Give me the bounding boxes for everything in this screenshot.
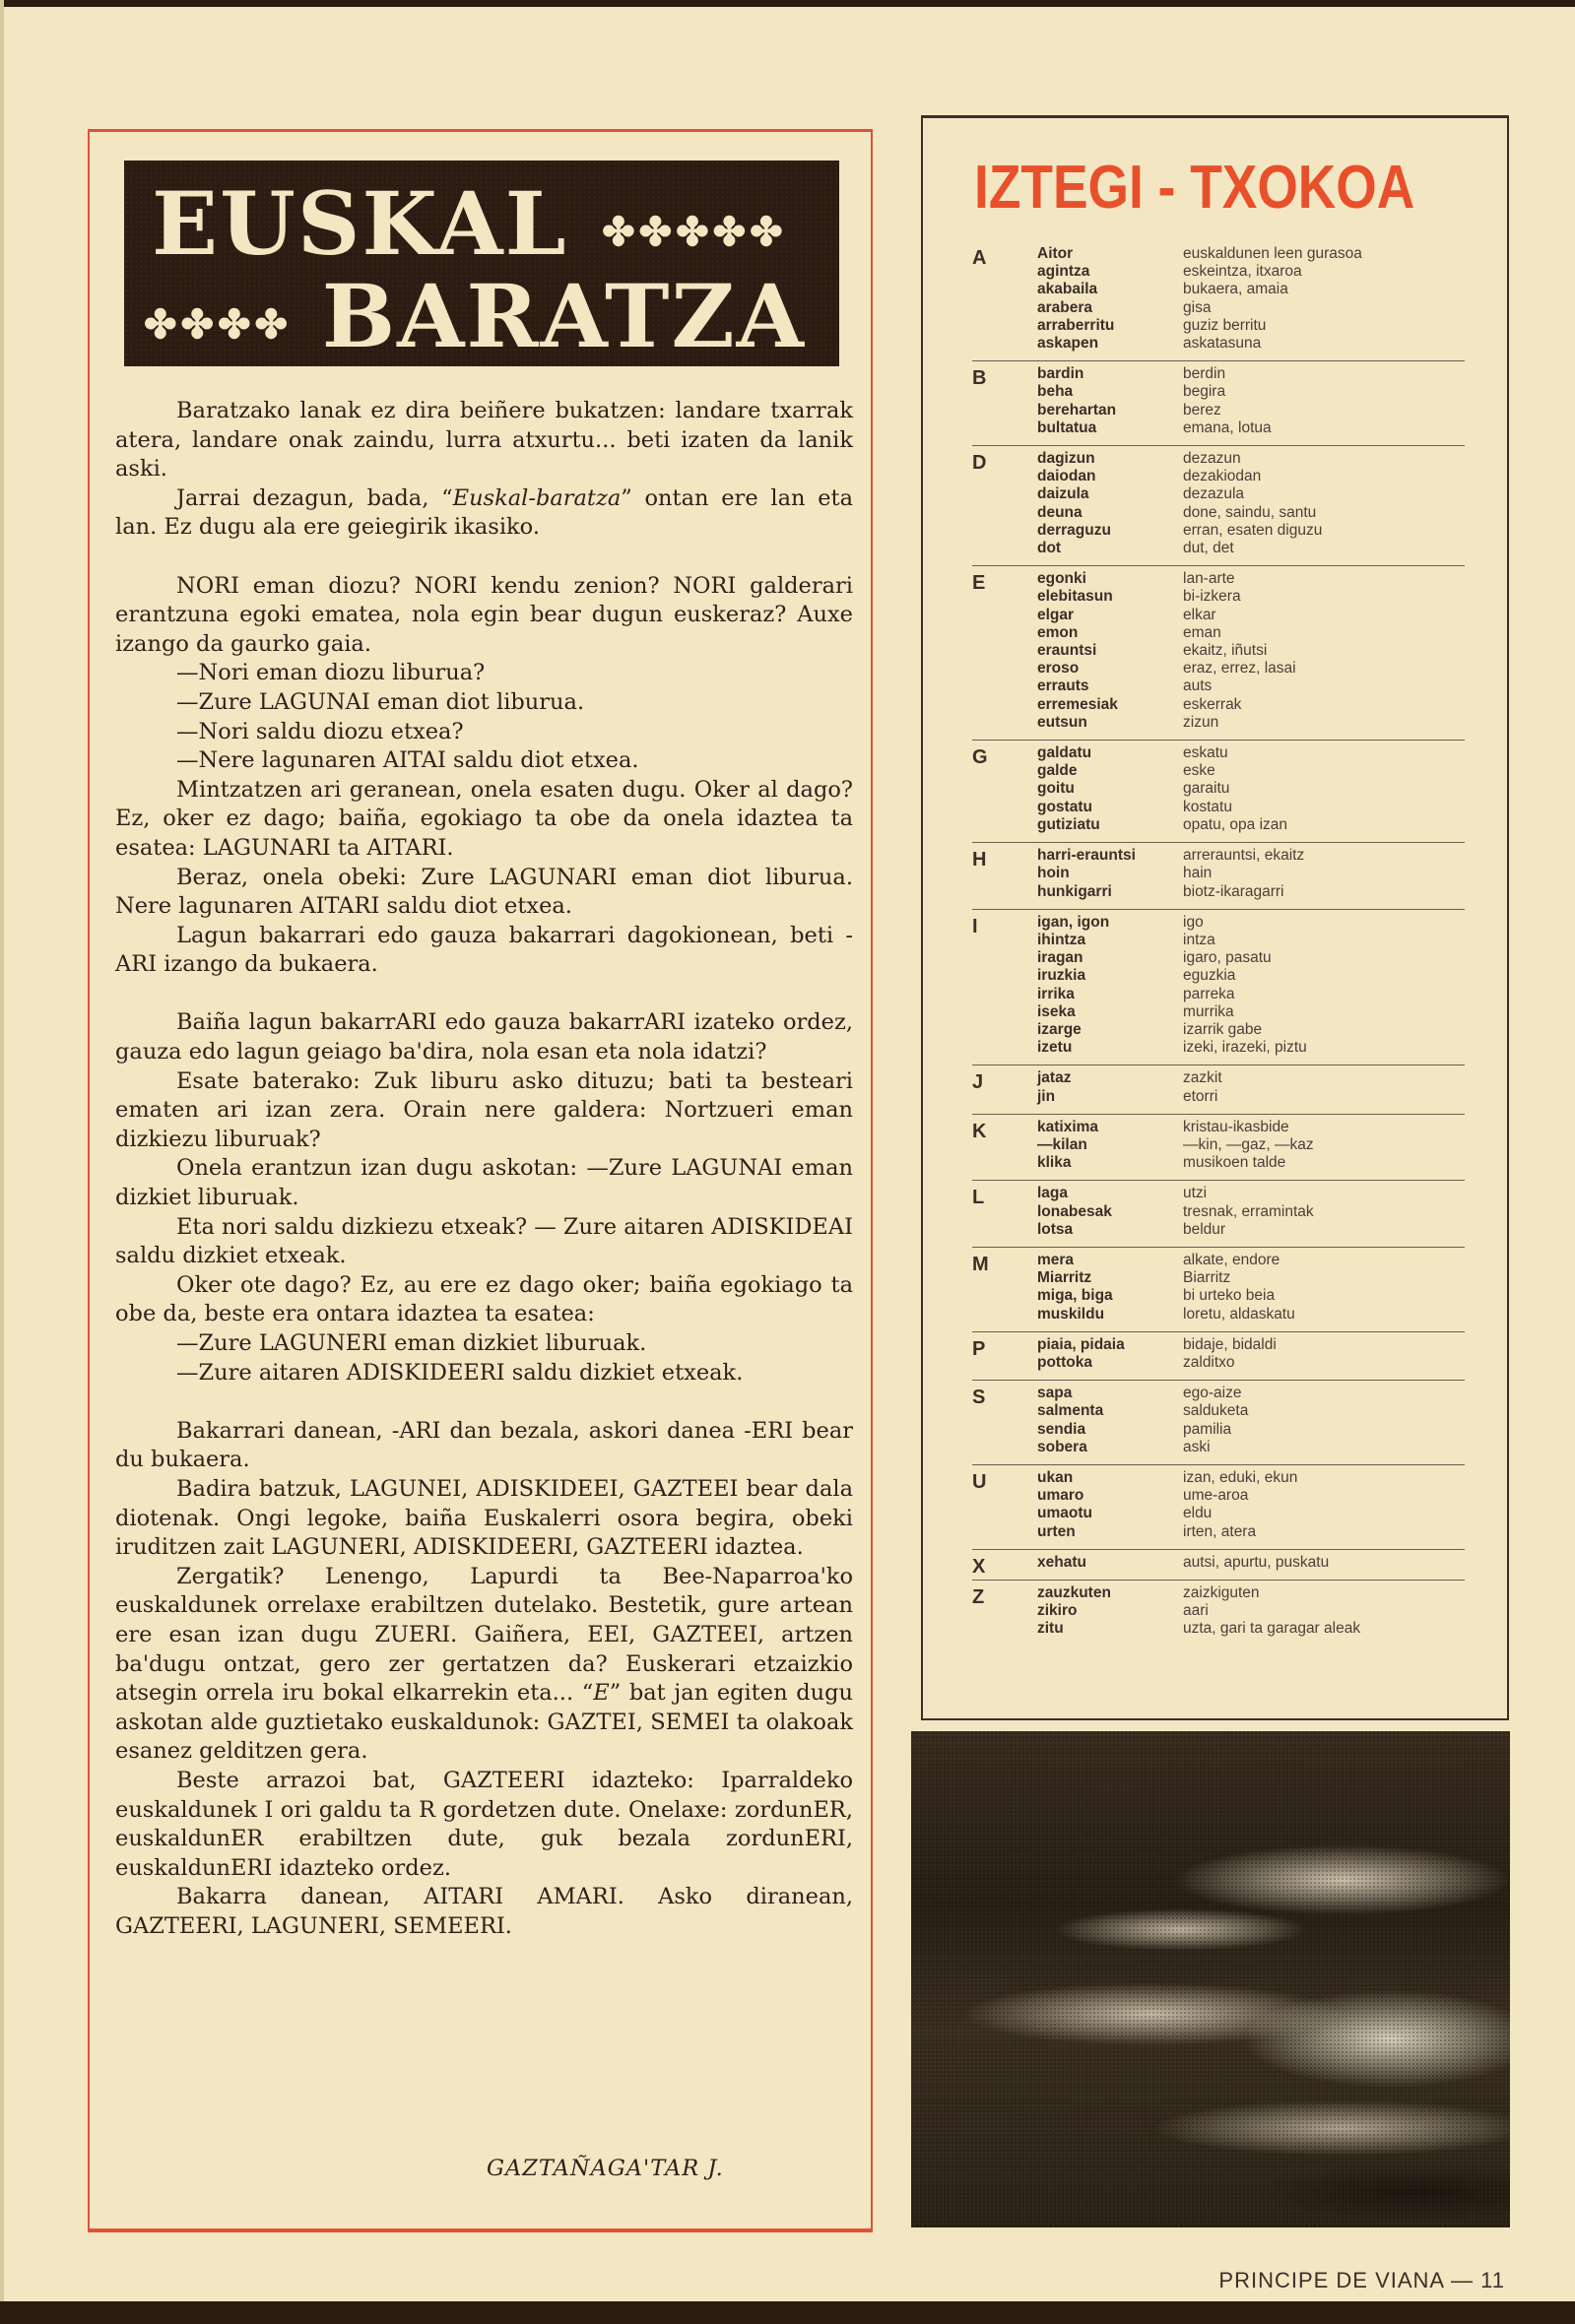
glossary-entry: agintzaeskeintza, itxaroa <box>972 263 1465 281</box>
glossary-entry: harri-erauntsiarrerauntsi, ekaitz <box>972 847 1465 865</box>
article-paragraph: Lagun bakarrari edo gauza bakarrari dago… <box>115 922 853 980</box>
glossary-definition: kostatu <box>1183 799 1232 816</box>
glossary-section-s: Ssapaego-aizesalmentasalduketasendiapami… <box>972 1381 1465 1465</box>
glossary-term: daizula <box>1037 485 1183 503</box>
lauburu-icon: ✤ <box>713 209 747 255</box>
glossary-letter: D <box>972 452 986 475</box>
glossary-box: IZTEGI - TXOKOA AAitoreuskaldunen leen g… <box>921 115 1509 1720</box>
glossary-entry: iraganigaro, pasatu <box>972 949 1465 967</box>
article-paragraph: —Zure aitaren ADISKIDEERI saldu dizkiet … <box>115 1359 853 1388</box>
glossary-letter: H <box>972 849 986 871</box>
glossary-entry: igan, igonigo <box>972 914 1465 932</box>
glossary-entry: katiximakristau-ikasbide <box>972 1119 1465 1136</box>
article-body: Baratzako lanak ez dira beiñere bukatzen… <box>115 397 853 1941</box>
glossary-entry: zituuzta, gari ta garagar aleak <box>972 1620 1465 1638</box>
glossary-term: lotsa <box>1037 1221 1183 1239</box>
glossary-entry: lotsabeldur <box>972 1221 1465 1239</box>
glossary-term: zikiro <box>1037 1602 1183 1620</box>
glossary-entry: erremesiakeskerrak <box>972 696 1465 714</box>
glossary-term: dot <box>1037 540 1183 557</box>
glossary-entry: zauzkutenzaizkiguten <box>972 1584 1465 1602</box>
glossary-definition: emana, lotua <box>1183 420 1272 437</box>
glossary-definition: utzi <box>1183 1185 1207 1202</box>
glossary-term: errauts <box>1037 678 1183 695</box>
glossary-entry: erosoeraz, errez, lasai <box>972 660 1465 678</box>
glossary-definition: alkate, endore <box>1183 1252 1280 1269</box>
glossary-entry: hoinhain <box>972 865 1465 882</box>
glossary-term: iragan <box>1037 949 1183 967</box>
glossary-section-d: Ddagizundezazundaiodandezakiodandaizulad… <box>972 446 1465 566</box>
glossary-term: mera <box>1037 1252 1183 1269</box>
glossary-term: harri-erauntsi <box>1037 847 1183 865</box>
glossary-definition: begira <box>1183 383 1225 401</box>
glossary-term: muskildu <box>1037 1306 1183 1323</box>
glossary-entry: meraalkate, endore <box>972 1252 1465 1269</box>
glossary-entry: piaia, pidaiabidaje, bidaldi <box>972 1336 1465 1354</box>
glossary-term: xehatu <box>1037 1554 1183 1572</box>
glossary-definition: loretu, aldaskatu <box>1183 1306 1295 1323</box>
lauburu-icon: ✤ <box>144 301 177 348</box>
glossary-definition: elkar <box>1183 607 1216 624</box>
glossary-definition: dezazula <box>1183 485 1244 503</box>
article-paragraph: Esate baterako: Zuk liburu asko dituzu; … <box>115 1067 853 1155</box>
glossary-term: dagizun <box>1037 450 1183 468</box>
glossary-term: sendia <box>1037 1421 1183 1439</box>
glossary-term: arraberritu <box>1037 317 1183 335</box>
glossary-section-e: Eegonkilan-arteelebitasunbi-izkeraelgare… <box>972 566 1465 741</box>
glossary-entry: elgarelkar <box>972 607 1465 624</box>
glossary-entry: jatazzazkit <box>972 1069 1465 1087</box>
glossary-section-u: Uukanizan, eduki, ekunumaroume-aroaumaot… <box>972 1465 1465 1550</box>
glossary-section-j: Jjatazzazkitjinetorri <box>972 1065 1465 1114</box>
glossary-letter: J <box>972 1071 983 1094</box>
glossary-definition: aski <box>1183 1439 1211 1456</box>
glossary-entry: MiarritzBiarritz <box>972 1269 1465 1287</box>
glossary-definition: zazkit <box>1183 1069 1222 1087</box>
italic-term: Euskal-baratza <box>453 485 622 511</box>
glossary-list: AAitoreuskaldunen leen gurasoaagintzaesk… <box>972 241 1465 1646</box>
glossary-definition: irten, atera <box>1183 1523 1256 1541</box>
glossary-term: berehartan <box>1037 402 1183 420</box>
glossary-letter: P <box>972 1338 985 1361</box>
glossary-term: zauzkuten <box>1037 1584 1183 1602</box>
lauburu-icon: ✤ <box>676 209 709 255</box>
glossary-entry: salmentasalduketa <box>972 1402 1465 1420</box>
glossary-definition: bidaje, bidaldi <box>1183 1336 1277 1354</box>
glossary-entry: irrikaparreka <box>972 986 1465 1003</box>
glossary-term: egonki <box>1037 570 1183 588</box>
glossary-letter: B <box>972 367 986 390</box>
glossary-letter: E <box>972 572 985 595</box>
glossary-term: urten <box>1037 1523 1183 1541</box>
article-paragraph: —Zure LAGUNERI eman dizkiet liburuak. <box>115 1329 853 1359</box>
glossary-term: eroso <box>1037 660 1183 678</box>
glossary-section-k: Kkatiximakristau-ikasbide—kilan—kin, —ga… <box>972 1115 1465 1182</box>
glossary-term: laga <box>1037 1185 1183 1202</box>
glossary-definition: lan-arte <box>1183 570 1235 588</box>
lauburu-icon: ✤ <box>750 209 783 255</box>
glossary-definition: izan, eduki, ekun <box>1183 1469 1297 1487</box>
glossary-definition: ekaitz, iñutsi <box>1183 642 1267 660</box>
glossary-term: iruzkia <box>1037 967 1183 985</box>
glossary-term: gostatu <box>1037 799 1183 816</box>
glossary-term: derraguzu <box>1037 522 1183 540</box>
glossary-definition: eguzkia <box>1183 967 1235 985</box>
glossary-definition: guziz berritu <box>1183 317 1266 335</box>
glossary-entry: iruzkiaeguzkia <box>972 967 1465 985</box>
glossary-definition: parreka <box>1183 986 1235 1003</box>
glossary-definition: igaro, pasatu <box>1183 949 1272 967</box>
glossary-term: arabera <box>1037 299 1183 317</box>
glossary-entry: ihintzaintza <box>972 932 1465 949</box>
glossary-definition: uzta, gari ta garagar aleak <box>1183 1620 1360 1638</box>
article-paragraph: Baiña lagun bakarrARI edo gauza bakarrAR… <box>115 1008 853 1066</box>
glossary-definition: bi urteko beia <box>1183 1287 1275 1305</box>
glossary-entry: askapenaskatasuna <box>972 335 1465 353</box>
glossary-term: emon <box>1037 624 1183 642</box>
glossary-entry: dagizundezazun <box>972 450 1465 468</box>
glossary-definition: beldur <box>1183 1221 1225 1239</box>
glossary-term: eutsun <box>1037 714 1183 732</box>
glossary-term: hoin <box>1037 865 1183 882</box>
glossary-term: Aitor <box>1037 245 1183 263</box>
glossary-definition: bi-izkera <box>1183 588 1241 606</box>
glossary-entry: daizuladezazula <box>972 485 1465 503</box>
glossary-term: lonabesak <box>1037 1203 1183 1221</box>
glossary-entry: umaotueldu <box>972 1505 1465 1522</box>
glossary-term: —kilan <box>1037 1136 1183 1154</box>
glossary-section-l: Llagautzilonabesaktresnak, erramintaklot… <box>972 1181 1465 1248</box>
glossary-term: beha <box>1037 383 1183 401</box>
glossary-definition: murrika <box>1183 1003 1234 1021</box>
glossary-section-i: Iigan, igonigoihintzaintzairaganigaro, p… <box>972 910 1465 1066</box>
glossary-definition: erran, esaten diguzu <box>1183 522 1322 540</box>
lauburu-icon: ✤ <box>181 301 215 348</box>
glossary-term: umaro <box>1037 1487 1183 1505</box>
lauburu-icon-group: ✤✤✤✤✤ <box>600 172 785 275</box>
glossary-entry: galdatueskatu <box>972 744 1465 762</box>
glossary-entry: galdeeske <box>972 762 1465 780</box>
glossary-term: bultatua <box>1037 420 1183 437</box>
glossary-definition: arrerauntsi, ekaitz <box>1183 847 1304 865</box>
glossary-entry: akabailabukaera, amaia <box>972 281 1465 298</box>
glossary-definition: auts <box>1183 678 1212 695</box>
article-paragraph: —Nere lagunaren AITAI saldu diot etxea. <box>115 746 853 776</box>
cloudy-sky-photo <box>911 1731 1510 2227</box>
glossary-entry: errautsauts <box>972 678 1465 695</box>
glossary-term: erremesiak <box>1037 696 1183 714</box>
glossary-definition: opatu, opa izan <box>1183 816 1287 834</box>
glossary-entry: derraguzuerran, esaten diguzu <box>972 522 1465 540</box>
article-paragraph: Jarrai dezagun, bada, “Euskal-baratza” o… <box>115 484 853 543</box>
glossary-letter: S <box>972 1387 985 1409</box>
glossary-term: jin <box>1037 1088 1183 1106</box>
glossary-term: akabaila <box>1037 281 1183 298</box>
glossary-entry: jinetorri <box>972 1088 1465 1106</box>
glossary-term: elgar <box>1037 607 1183 624</box>
glossary-definition: ume-aroa <box>1183 1487 1248 1505</box>
glossary-definition: tresnak, erramintak <box>1183 1203 1314 1221</box>
glossary-title: IZTEGI - TXOKOA <box>974 153 1398 223</box>
glossary-definition: musikoen talde <box>1183 1154 1285 1172</box>
glossary-definition: pamilia <box>1183 1421 1231 1439</box>
glossary-entry: klikamusikoen talde <box>972 1154 1465 1172</box>
glossary-entry: araberagisa <box>972 299 1465 317</box>
italic-term: E <box>593 1680 609 1706</box>
glossary-term: daiodan <box>1037 468 1183 485</box>
glossary-entry: lagautzi <box>972 1185 1465 1202</box>
article-paragraph: Mintzatzen ari geranean, onela esaten du… <box>115 776 853 864</box>
glossary-letter: I <box>972 916 978 938</box>
glossary-entry: soberaaski <box>972 1439 1465 1456</box>
glossary-term: irrika <box>1037 986 1183 1003</box>
glossary-entry: zikiroaari <box>972 1602 1465 1620</box>
glossary-term: bardin <box>1037 365 1183 383</box>
glossary-term: sapa <box>1037 1385 1183 1402</box>
glossary-term: piaia, pidaia <box>1037 1336 1183 1354</box>
glossary-entry: emoneman <box>972 624 1465 642</box>
glossary-term: galdatu <box>1037 744 1183 762</box>
glossary-letter: X <box>972 1556 985 1579</box>
glossary-definition: hain <box>1183 865 1212 882</box>
glossary-definition: biotz-ikaragarri <box>1183 883 1284 901</box>
lauburu-icon: ✤ <box>639 209 673 255</box>
glossary-entry: gostatukostatu <box>972 799 1465 816</box>
glossary-definition: zizun <box>1183 714 1218 732</box>
glossary-definition: dezazun <box>1183 450 1241 468</box>
glossary-entry: daiodandezakiodan <box>972 468 1465 485</box>
glossary-entry: ukanizan, eduki, ekun <box>972 1469 1465 1487</box>
glossary-term: klika <box>1037 1154 1183 1172</box>
glossary-term: Miarritz <box>1037 1269 1183 1287</box>
glossary-definition: eldu <box>1183 1505 1212 1522</box>
glossary-definition: garaitu <box>1183 780 1229 798</box>
glossary-term: pottoka <box>1037 1354 1183 1372</box>
glossary-entry: egonkilan-arte <box>972 570 1465 588</box>
article-paragraph: Badira batzuk, LAGUNEI, ADISKIDEEI, GAZT… <box>115 1475 853 1563</box>
glossary-definition: berdin <box>1183 365 1225 383</box>
glossary-term: izarge <box>1037 1021 1183 1039</box>
article-paragraph: —Nori saldu diozu etxea? <box>115 718 853 747</box>
glossary-entry: sapaego-aize <box>972 1385 1465 1402</box>
page-number: 11 <box>1480 2268 1505 2292</box>
article-paragraph: Beste arrazoi bat, GAZTEERI idazteko: Ip… <box>115 1767 853 1883</box>
glossary-entry: muskilduloretu, aldaskatu <box>972 1306 1465 1323</box>
lauburu-icon: ✤ <box>255 301 289 348</box>
glossary-entry: bultatuaemana, lotua <box>972 420 1465 437</box>
glossary-entry: elebitasunbi-izkera <box>972 588 1465 606</box>
article-paragraph: Eta nori saldu dizkiezu etxeak? — Zure a… <box>115 1213 853 1271</box>
glossary-term: salmenta <box>1037 1402 1183 1420</box>
glossary-entry: deunadone, saindu, santu <box>972 504 1465 522</box>
glossary-entry: berehartanberez <box>972 402 1465 420</box>
glossary-definition: izeki, irazeki, piztu <box>1183 1039 1307 1057</box>
page-left-edge <box>0 0 4 2324</box>
glossary-entry: erauntsiekaitz, iñutsi <box>972 642 1465 660</box>
glossary-definition: dut, det <box>1183 540 1234 557</box>
article-paragraph: Bakarrari danean, -ARI dan bezala, askor… <box>115 1417 853 1475</box>
glossary-entry: behabegira <box>972 383 1465 401</box>
glossary-entry: lonabesaktresnak, erramintak <box>972 1203 1465 1221</box>
glossary-definition: salduketa <box>1183 1402 1248 1420</box>
glossary-letter: A <box>972 247 986 270</box>
glossary-entry: sendiapamilia <box>972 1421 1465 1439</box>
glossary-definition: eskatu <box>1183 744 1228 762</box>
glossary-definition: askatasuna <box>1183 335 1261 353</box>
glossary-section-a: AAitoreuskaldunen leen gurasoaagintzaesk… <box>972 241 1465 361</box>
glossary-term: sobera <box>1037 1439 1183 1456</box>
glossary-section-b: Bbardinberdinbehabegiraberehartanberezbu… <box>972 361 1465 446</box>
glossary-entry: xehatuautsi, apurtu, puskatu <box>972 1554 1465 1572</box>
glossary-section-g: Ggaldatueskatugaldeeskegoitugaraitugosta… <box>972 741 1465 843</box>
glossary-definition: eske <box>1183 762 1215 780</box>
glossary-section-h: Hharri-erauntsiarrerauntsi, ekaitzhoinha… <box>972 843 1465 910</box>
glossary-term: jataz <box>1037 1069 1183 1087</box>
glossary-definition: Biarritz <box>1183 1269 1230 1287</box>
article-paragraph: NORI eman diozu? NORI kendu zenion? NORI… <box>115 572 853 660</box>
glossary-definition: izarrik gabe <box>1183 1021 1262 1039</box>
glossary-entry: izargeizarrik gabe <box>972 1021 1465 1039</box>
glossary-definition: ego-aize <box>1183 1385 1241 1402</box>
glossary-definition: done, saindu, santu <box>1183 504 1316 522</box>
banner-word-baratza: BARATZA <box>322 265 806 367</box>
article-paragraph: Baratzako lanak ez dira beiñere bukatzen… <box>115 397 853 484</box>
glossary-definition: dezakiodan <box>1183 468 1261 485</box>
glossary-definition: igo <box>1183 914 1204 932</box>
glossary-definition: gisa <box>1183 299 1211 317</box>
glossary-entry: izetuizeki, irazeki, piztu <box>972 1039 1465 1057</box>
article-paragraph: Zergatik? Lenengo, Lapurdi ta Bee-Naparr… <box>115 1563 853 1767</box>
glossary-term: galde <box>1037 762 1183 780</box>
glossary-term: ihintza <box>1037 932 1183 949</box>
glossary-definition: berez <box>1183 402 1221 420</box>
page-footer: PRINCIPE DE VIANA — 11 <box>1218 2268 1505 2293</box>
glossary-entry: gutiziatuopatu, opa izan <box>972 816 1465 834</box>
glossary-term: igan, igon <box>1037 914 1183 932</box>
glossary-entry: urtenirten, atera <box>972 1523 1465 1541</box>
glossary-term: izetu <box>1037 1039 1183 1057</box>
glossary-definition: aari <box>1183 1602 1209 1620</box>
glossary-definition: —kin, —gaz, —kaz <box>1183 1136 1314 1154</box>
glossary-term: agintza <box>1037 263 1183 281</box>
glossary-entry: isekamurrika <box>972 1003 1465 1021</box>
glossary-entry: hunkigarribiotz-ikaragarri <box>972 883 1465 901</box>
glossary-entry: umaroume-aroa <box>972 1487 1465 1505</box>
glossary-term: deuna <box>1037 504 1183 522</box>
glossary-term: erauntsi <box>1037 642 1183 660</box>
lauburu-icon: ✤ <box>602 209 635 255</box>
footer-separator: — <box>1451 2268 1474 2292</box>
glossary-letter: Z <box>972 1586 984 1609</box>
glossary-section-m: Mmeraalkate, endoreMiarritzBiarritzmiga,… <box>972 1248 1465 1332</box>
glossary-definition: eman <box>1183 624 1221 642</box>
glossary-definition: kristau-ikasbide <box>1183 1119 1289 1136</box>
glossary-entry: bardinberdin <box>972 365 1465 383</box>
page-top-edge <box>0 0 1575 7</box>
banner-line-1: EUSKAL ✤✤✤✤✤ <box>152 172 785 275</box>
glossary-term: miga, biga <box>1037 1287 1183 1305</box>
article-paragraph: —Nori eman diozu liburua? <box>115 659 853 688</box>
glossary-definition: euskaldunen leen gurasoa <box>1183 245 1362 263</box>
article-paragraph: —Zure LAGUNAI eman diot liburua. <box>115 688 853 718</box>
glossary-definition: zalditxo <box>1183 1354 1235 1372</box>
glossary-term: ukan <box>1037 1469 1183 1487</box>
article-paragraph: Onela erantzun izan dugu askotan: —Zure … <box>115 1154 853 1212</box>
glossary-letter: U <box>972 1471 986 1494</box>
glossary-definition: zaizkiguten <box>1183 1584 1260 1602</box>
glossary-term: umaotu <box>1037 1505 1183 1522</box>
glossary-definition: intza <box>1183 932 1215 949</box>
article-paragraph: Beraz, onela obeki: Zure LAGUNARI eman d… <box>115 864 853 922</box>
glossary-definition: eraz, errez, lasai <box>1183 660 1296 678</box>
glossary-definition: eskerrak <box>1183 696 1241 714</box>
glossary-letter: G <box>972 746 988 769</box>
glossary-term: katixima <box>1037 1119 1183 1136</box>
publication-name: PRINCIPE DE VIANA <box>1218 2268 1444 2292</box>
banner-word-euskal: EUSKAL <box>152 172 567 275</box>
banner-line-2: ✤✤✤✤ BARATZA <box>142 265 806 367</box>
glossary-entry: dotdut, det <box>972 540 1465 557</box>
glossary-entry: miga, bigabi urteko beia <box>972 1287 1465 1305</box>
glossary-entry: arraberrituguziz berritu <box>972 317 1465 335</box>
lauburu-icon-group: ✤✤✤✤ <box>142 265 290 367</box>
article-paragraph: Oker ote dago? Ez, au ere ez dago oker; … <box>115 1271 853 1329</box>
glossary-section-p: Ppiaia, pidaiabidaje, bidaldipottokazald… <box>972 1332 1465 1381</box>
glossary-term: elebitasun <box>1037 588 1183 606</box>
glossary-entry: Aitoreuskaldunen leen gurasoa <box>972 245 1465 263</box>
glossary-definition: autsi, apurtu, puskatu <box>1183 1554 1329 1572</box>
page-bottom-edge <box>0 2301 1575 2324</box>
glossary-letter: M <box>972 1254 989 1276</box>
glossary-section-x: Xxehatuautsi, apurtu, puskatu <box>972 1550 1465 1581</box>
lauburu-icon: ✤ <box>218 301 251 348</box>
glossary-term: gutiziatu <box>1037 816 1183 834</box>
glossary-term: iseka <box>1037 1003 1183 1021</box>
glossary-entry: eutsunzizun <box>972 714 1465 732</box>
glossary-term: hunkigarri <box>1037 883 1183 901</box>
article-paragraph: Bakarra danean, AITARI AMARI. Asko diran… <box>115 1883 853 1941</box>
glossary-section-z: Zzauzkutenzaizkigutenzikiroaarizituuzta,… <box>972 1581 1465 1646</box>
glossary-term: askapen <box>1037 335 1183 353</box>
glossary-term: zitu <box>1037 1620 1183 1638</box>
glossary-definition: bukaera, amaia <box>1183 281 1288 298</box>
article-signature: GAZTAÑAGA'TAR J. <box>487 2156 724 2181</box>
glossary-entry: pottokazalditxo <box>972 1354 1465 1372</box>
glossary-entry: —kilan—kin, —gaz, —kaz <box>972 1136 1465 1154</box>
article-banner: EUSKAL ✤✤✤✤✤ ✤✤✤✤ BARATZA <box>124 161 839 366</box>
glossary-term: goitu <box>1037 780 1183 798</box>
glossary-definition: eskeintza, itxaroa <box>1183 263 1302 281</box>
glossary-letter: L <box>972 1187 984 1209</box>
glossary-letter: K <box>972 1121 986 1143</box>
glossary-definition: etorri <box>1183 1088 1217 1106</box>
glossary-entry: goitugaraitu <box>972 780 1465 798</box>
